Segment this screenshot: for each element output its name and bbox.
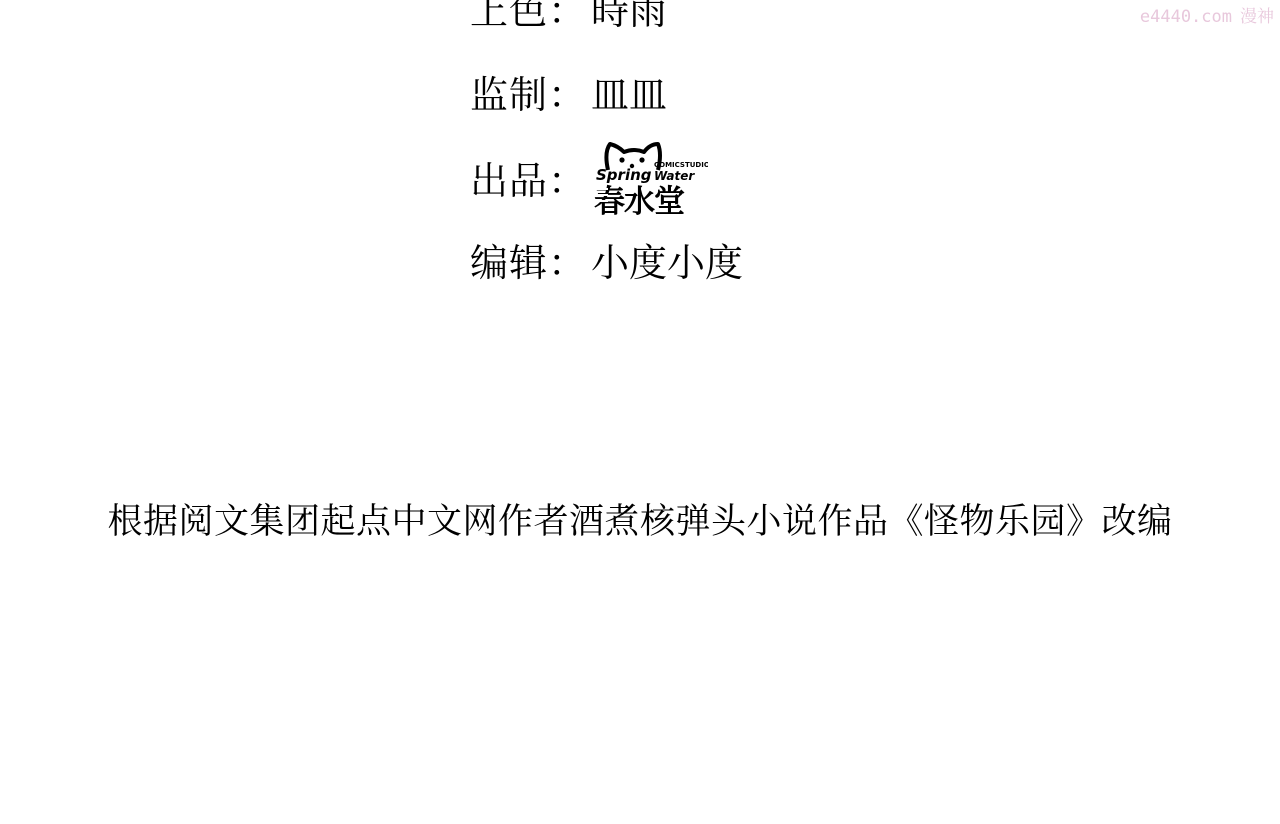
- site-watermark: e4440.com漫神: [1140, 2, 1274, 27]
- credit-label: 出品：: [470, 162, 587, 200]
- credit-label: 编辑：: [470, 244, 587, 282]
- adaptation-source-note: 根据阅文集团起点中文网作者酒煮核弹头小说作品《怪物乐园》改编: [0, 505, 1280, 540]
- credit-label: 上色：: [470, 0, 587, 30]
- credit-value: 小度小度: [591, 244, 743, 282]
- cat-face-icon: COMICSTUDIO Spring Water 春水堂: [594, 140, 708, 216]
- credit-editor: 编辑： 小度小度: [470, 244, 743, 282]
- watermark-brand: 漫神: [1240, 7, 1274, 27]
- credit-value: 皿皿: [591, 76, 667, 114]
- credit-colorist: 上色： 時雨: [470, 0, 667, 30]
- credit-publisher: 出品：: [470, 162, 587, 200]
- spring-water-logo: COMICSTUDIO Spring Water 春水堂: [594, 140, 708, 216]
- credit-supervisor: 监制： 皿皿: [470, 76, 667, 114]
- svg-text:Spring: Spring: [596, 166, 652, 184]
- credit-value: 時雨: [591, 0, 667, 30]
- svg-text:COMICSTUDIO: COMICSTUDIO: [654, 161, 708, 169]
- credit-label: 监制：: [470, 76, 587, 114]
- watermark-site: e4440.com: [1140, 7, 1232, 27]
- svg-text:Water: Water: [654, 169, 695, 183]
